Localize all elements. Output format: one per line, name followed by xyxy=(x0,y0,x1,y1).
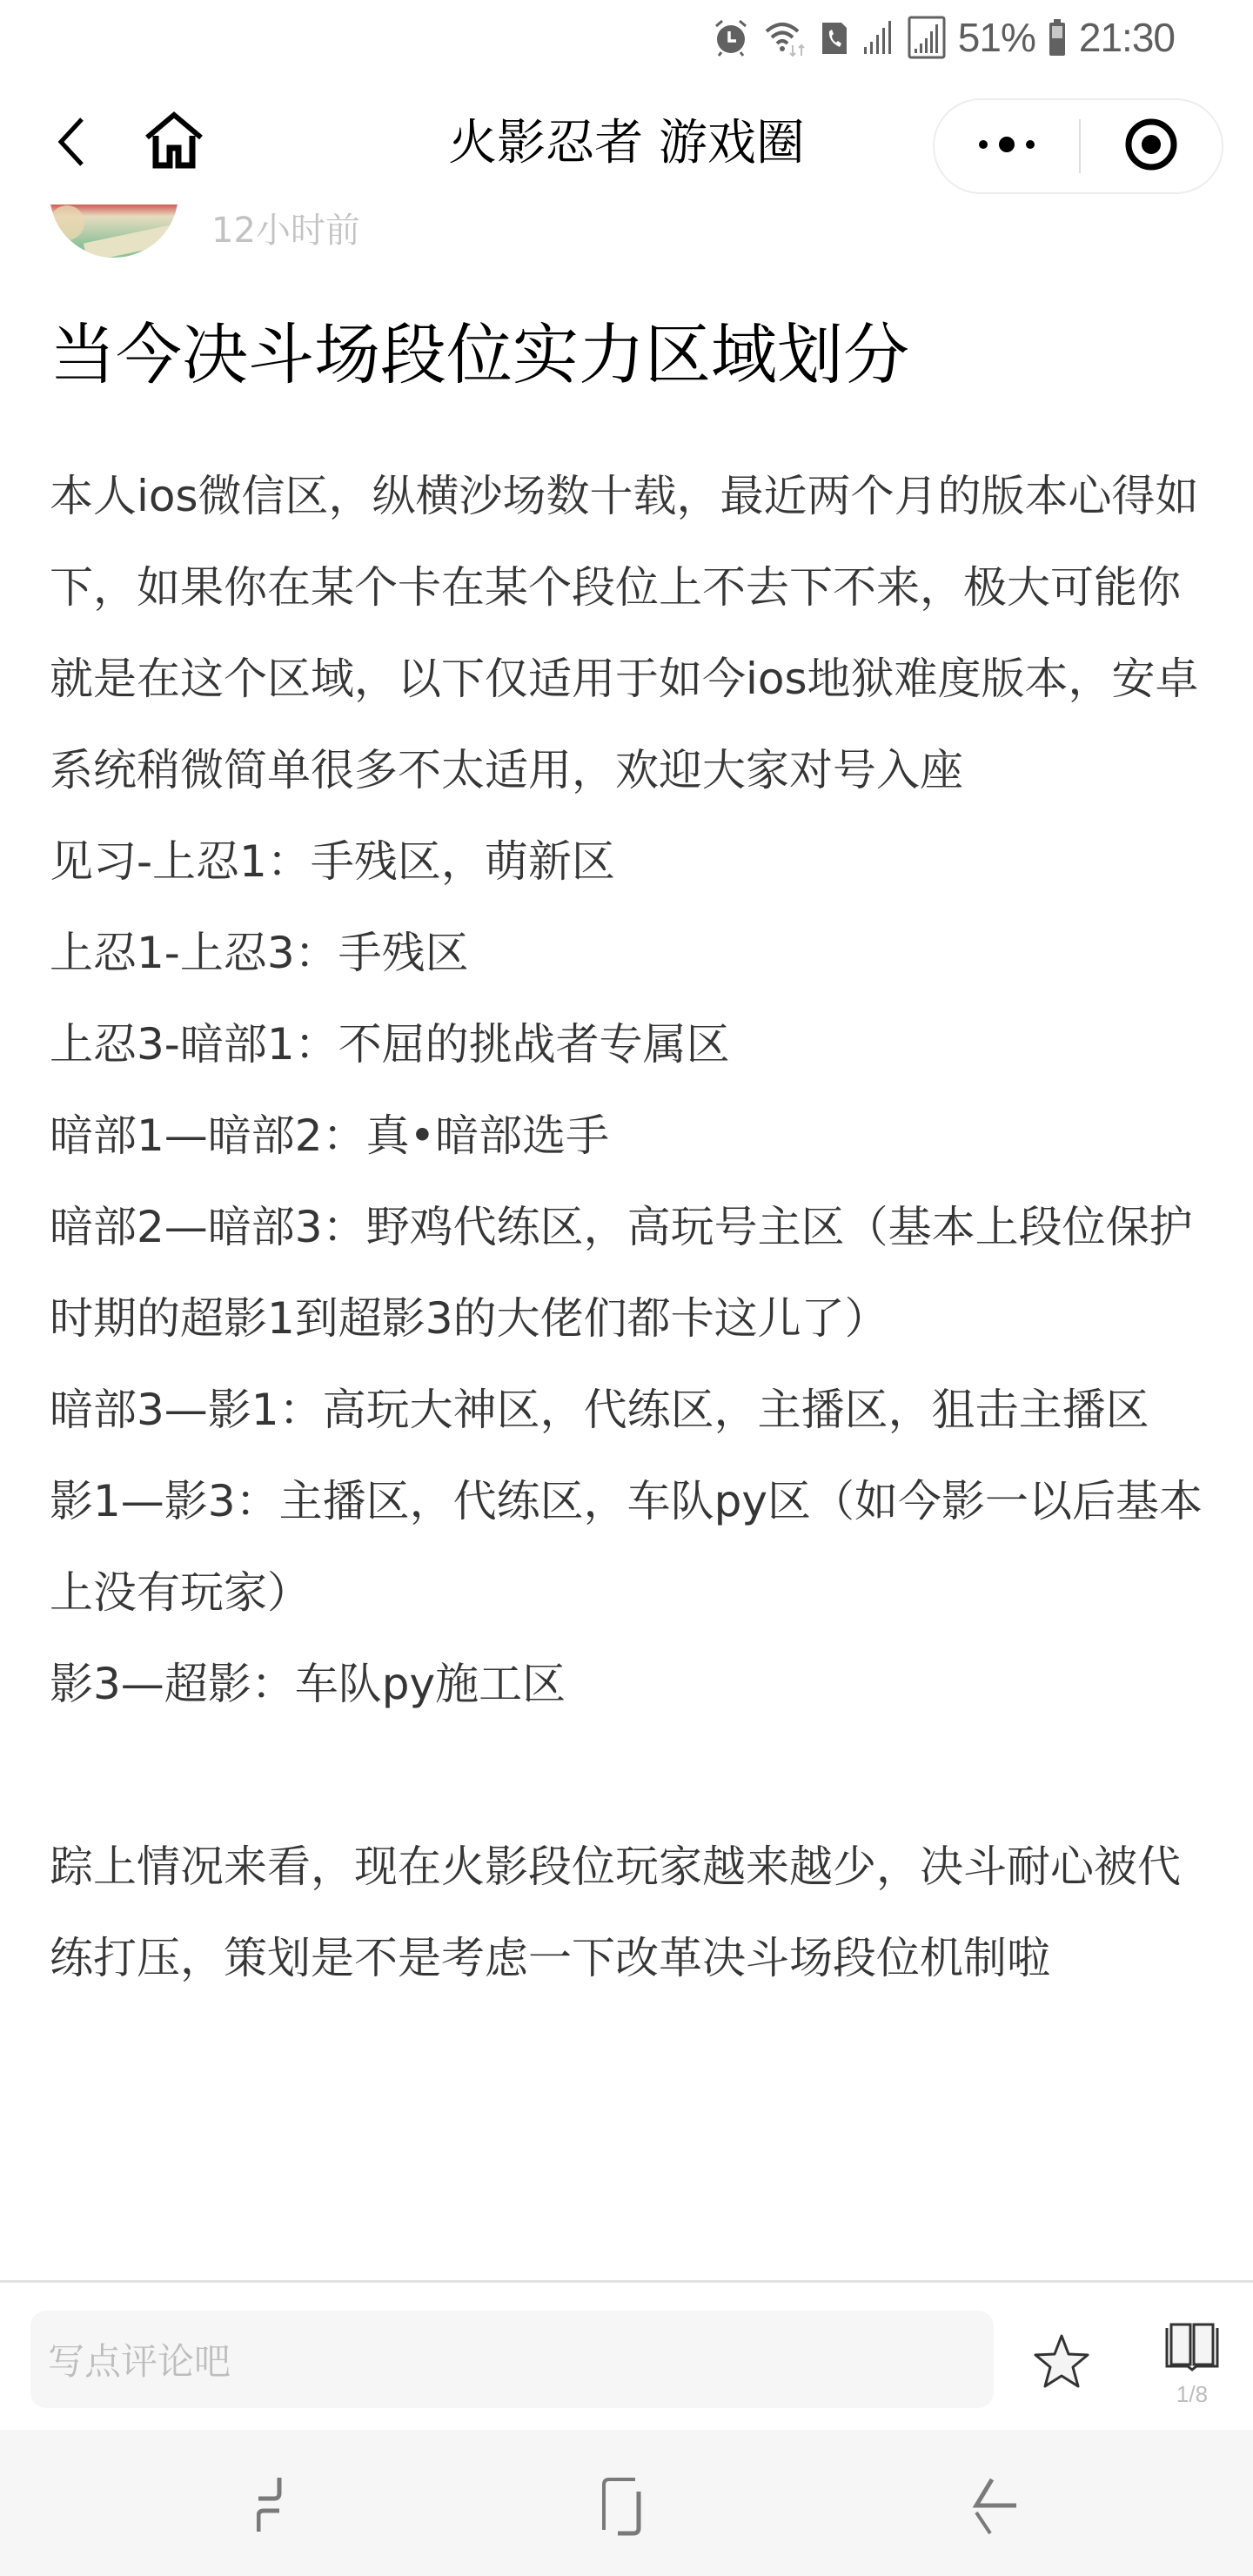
system-nav-bar xyxy=(0,2430,1253,2576)
paragraph: 影3—超影：车队py施工区 xyxy=(50,1639,1207,1730)
paragraph: 见习-上忍1：手残区，萌新区 xyxy=(50,816,1207,908)
avatar-detail xyxy=(84,224,178,258)
more-button[interactable] xyxy=(935,100,1079,192)
back-arrow-icon xyxy=(966,2476,1018,2540)
battery-percent: 51% xyxy=(958,14,1035,61)
battery-icon xyxy=(1048,17,1067,57)
status-bar: 51% 21:30 xyxy=(0,0,1253,74)
paragraph: 上忍3-暗部1：不屈的挑战者专属区 xyxy=(50,999,1207,1090)
comment-bar: 写点评论吧 1/8 xyxy=(0,2280,1253,2430)
paragraph: 暗部3—影1：高玩大神区，代练区，主播区，狙击主播区 xyxy=(50,1365,1207,1456)
more-dots-icon xyxy=(976,134,1037,158)
home-button-system[interactable] xyxy=(592,2473,661,2543)
clock: 21:30 xyxy=(1079,14,1175,61)
wifi-icon xyxy=(763,17,808,57)
table-of-contents-button[interactable] xyxy=(1157,2319,1227,2380)
back-button-system[interactable] xyxy=(957,2473,1027,2543)
post-time: 12小时前 xyxy=(211,209,360,252)
favorite-button[interactable] xyxy=(1027,2328,1096,2398)
blank-line xyxy=(50,1730,1207,1821)
paragraph: 暗部2—暗部3：野鸡代练区，高玩号主区（基本上段位保护时期的超影1到超影3的大佬… xyxy=(50,1182,1207,1365)
signal-boxed-icon xyxy=(908,16,946,59)
target-circle-icon xyxy=(1123,117,1179,176)
signal-icon xyxy=(861,17,895,57)
close-miniprogram-button[interactable] xyxy=(1081,100,1222,192)
nav-bar: 火影忍者 游戏圈 xyxy=(0,74,1253,213)
open-book-icon xyxy=(1163,2323,1221,2377)
paragraph: 暗部1—暗部2：真•暗部选手 xyxy=(50,1090,1207,1182)
recent-apps-button[interactable] xyxy=(248,2473,318,2543)
home-square-icon xyxy=(600,2476,653,2540)
mini-program-capsule xyxy=(933,98,1223,194)
recent-apps-icon xyxy=(257,2476,309,2540)
paragraph: 上忍1-上忍3：手残区 xyxy=(50,908,1207,999)
paragraph: 本人ios微信区，纵横沙场数十载，最近两个月的版本心得如下，如果你在某个卡在某个… xyxy=(50,451,1207,816)
comment-input[interactable]: 写点评论吧 xyxy=(30,2311,994,2408)
alarm-icon xyxy=(711,17,751,57)
article-title: 当今决斗场段位实力区域划分 xyxy=(50,315,909,395)
article-body: 本人ios微信区，纵横沙场数十载，最近两个月的版本心得如下，如果你在某个卡在某个… xyxy=(50,451,1207,2004)
page-indicator: 1/8 xyxy=(1157,2381,1227,2408)
paragraph: 影1—影3：主播区，代练区，车队py区（如今影一以后基本上没有玩家） xyxy=(50,1456,1207,1639)
avatar-detail xyxy=(50,205,84,240)
paragraph: 踪上情况来看，现在火影段位玩家越来越少，决斗耐心被代练打压，策划是不是考虑一下改… xyxy=(50,1821,1207,2004)
volte-call-icon xyxy=(821,17,848,57)
star-outline-icon xyxy=(1032,2332,1091,2393)
